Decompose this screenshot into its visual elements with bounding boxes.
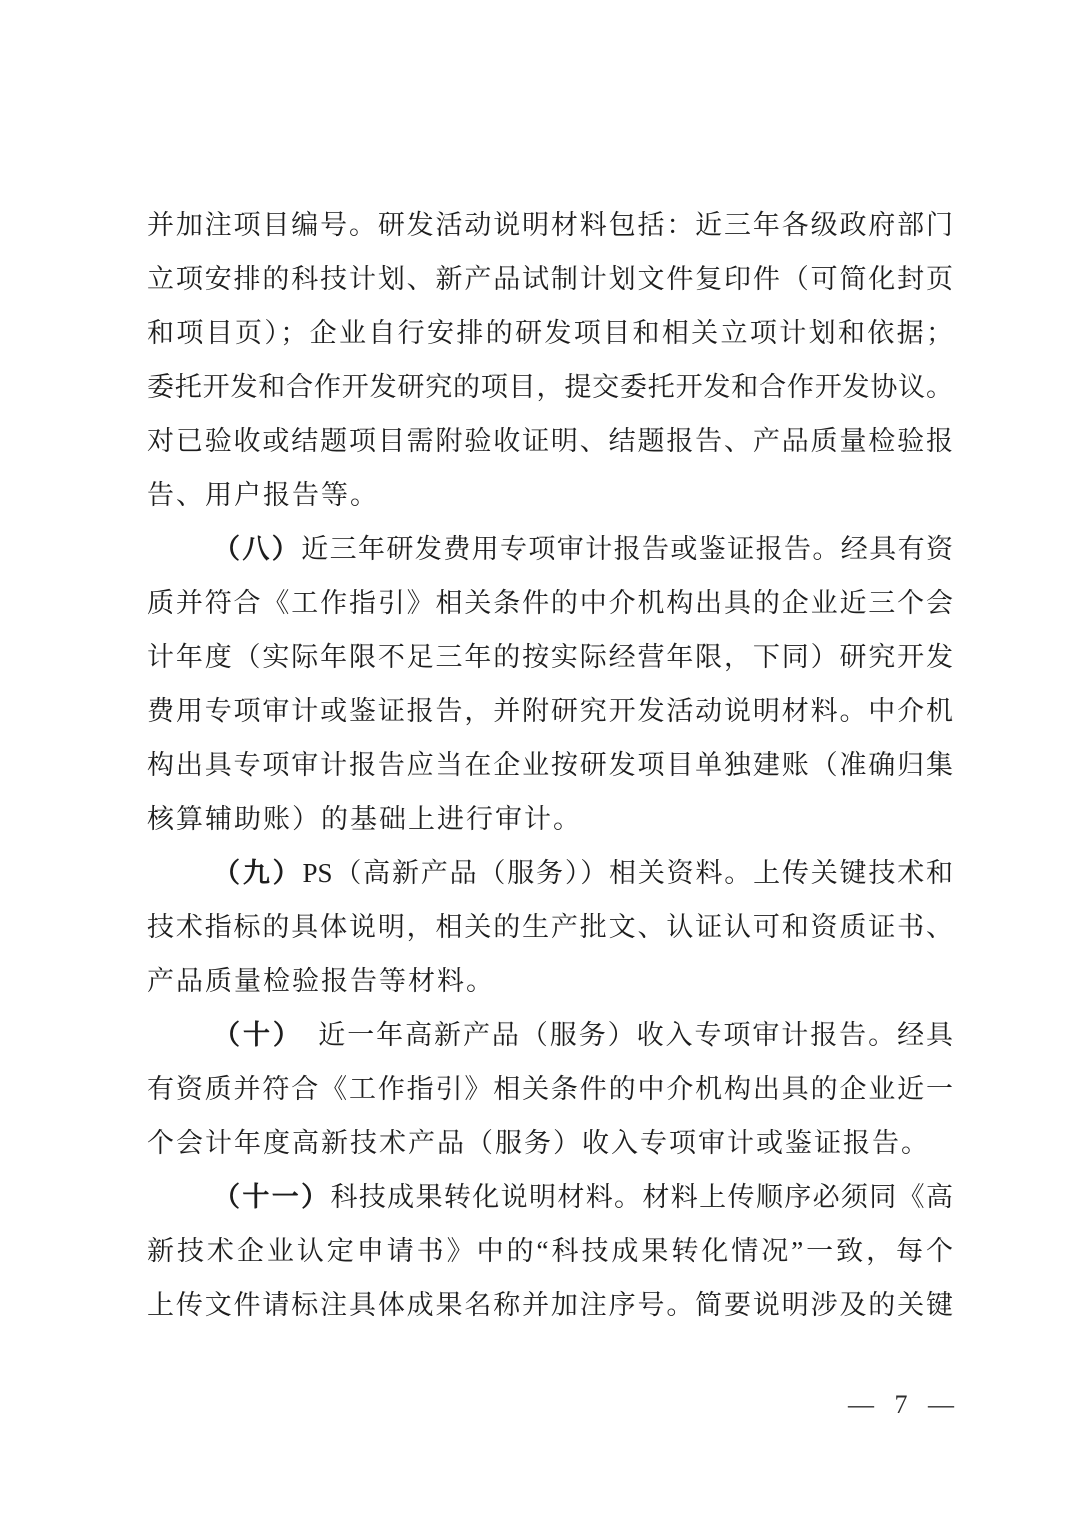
item-number: （九） — [213, 858, 302, 888]
document-page: 并加注项目编号。研发活动说明材料包括：近三年各级政府部门立项安排的科技计划、新产… — [0, 0, 1080, 1526]
text-line: 委托开发和合作开发研究的项目，提交委托开发和合作开发协议。 — [147, 360, 953, 414]
item-number: （十） — [213, 1020, 289, 1050]
text-line: 并加注项目编号。研发活动说明材料包括：近三年各级政府部门 — [147, 198, 953, 252]
text-line: （十一）科技成果转化说明材料。材料上传顺序必须同《高 — [147, 1170, 953, 1224]
text-line: 上传文件请标注具体成果名称并加注序号。简要说明涉及的关键 — [147, 1278, 953, 1332]
text-line: 技术指标的具体说明，相关的生产批文、认证认可和资质证书、 — [147, 900, 953, 954]
item-number: （八） — [213, 534, 301, 564]
text-line: 个会计年度高新技术产品（服务）收入专项审计或鉴证报告。 — [147, 1116, 953, 1170]
text-line: 计年度（实际年限不足三年的按实际经营年限，下同）研究开发 — [147, 630, 953, 684]
document-text-block: 并加注项目编号。研发活动说明材料包括：近三年各级政府部门立项安排的科技计划、新产… — [147, 198, 953, 1332]
text-line: 费用专项审计或鉴证报告，并附研究开发活动说明材料。中介机 — [147, 684, 953, 738]
text-line: （九）PS（高新产品（服务））相关资料。上传关键技术和 — [147, 846, 953, 900]
text-line: （八）近三年研发费用专项审计报告或鉴证报告。经具有资 — [147, 522, 953, 576]
item-number: （十一） — [213, 1182, 330, 1212]
text-line: 告、用户报告等。 — [147, 468, 953, 522]
text-line: 构出具专项审计报告应当在企业按研发项目单独建账（准确归集 — [147, 738, 953, 792]
page-number: — 7 — — [848, 1390, 961, 1420]
text-line: 对已验收或结题项目需附验收证明、结题报告、产品质量检验报 — [147, 414, 953, 468]
text-line: 和项目页）；企业自行安排的研发项目和相关立项计划和依据； — [147, 306, 953, 360]
text-line: 核算辅助账）的基础上进行审计。 — [147, 792, 953, 846]
text-line: 立项安排的科技计划、新产品试制计划文件复印件（可简化封页 — [147, 252, 953, 306]
text-line: 有资质并符合《工作指引》相关条件的中介机构出具的企业近一 — [147, 1062, 953, 1116]
text-line: 产品质量检验报告等材料。 — [147, 954, 953, 1008]
text-line: 质并符合《工作指引》相关条件的中介机构出具的企业近三个会 — [147, 576, 953, 630]
text-line: （十） 近一年高新产品（服务）收入专项审计报告。经具 — [147, 1008, 953, 1062]
text-line: 新技术企业认定申请书》中的“科技成果转化情况”一致，每个 — [147, 1224, 953, 1278]
